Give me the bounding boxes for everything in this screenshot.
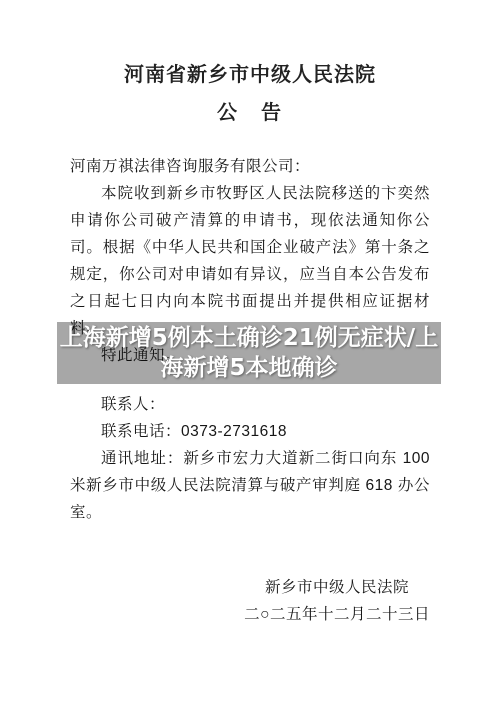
signature-inner: 新乡市中级人民法院 二○二五年十二月二十三日 (244, 574, 430, 628)
contact-address-line: 通讯地址：新乡市宏力大道新二街口向东 100 米新乡市中级人民法院清算与破产审判… (70, 445, 430, 526)
headline-overlay: 上海新增5例本土确诊21例无症状/上海新增5本地确诊 (57, 322, 441, 384)
signature-block: 新乡市中级人民法院 二○二五年十二月二十三日 (70, 574, 430, 628)
notice-document: 河南省新乡市中级人民法院 公 告 河南万祺法律咨询服务有限公司： 本院收到新乡市… (0, 0, 500, 706)
issuer-name: 新乡市中级人民法院 (244, 574, 430, 601)
court-title: 河南省新乡市中级人民法院 (0, 0, 500, 87)
recipient-line: 河南万祺法律咨询服务有限公司： (70, 153, 430, 180)
headline-text: 上海新增5例本土确诊21例无症状/上海新增5本地确诊 (57, 322, 441, 383)
notice-heading: 公 告 (0, 96, 500, 125)
body-paragraph: 本院收到新乡市牧野区人民法院移送的卞奕然申请你公司破产清算的申请书，现依法通知你… (70, 180, 430, 342)
contact-block: 联系人： 联系电话：0373-2731618 通讯地址：新乡市宏力大道新二街口向… (70, 391, 430, 526)
contact-person-line: 联系人： (70, 391, 430, 418)
contact-phone-line: 联系电话：0373-2731618 (70, 418, 430, 445)
issue-date: 二○二五年十二月二十三日 (244, 601, 430, 628)
notice-body: 河南万祺法律咨询服务有限公司： 本院收到新乡市牧野区人民法院移送的卞奕然申请你公… (0, 153, 500, 628)
